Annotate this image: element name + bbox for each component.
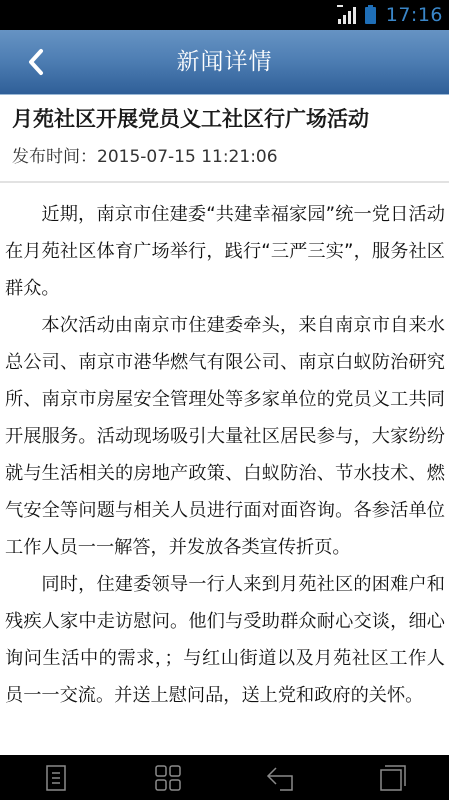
status-indicators: 17:16 (337, 3, 443, 27)
system-nav-bar (0, 755, 449, 800)
page-title: 新闻详情 (0, 30, 449, 94)
menu-icon (45, 764, 67, 792)
menu-button[interactable] (26, 755, 86, 800)
article-title: 月苑社区开展党员义工社区行广场活动 (12, 103, 442, 135)
article-paragraph: 本次活动由南京市住建委牵头，来自南京市自来水总公司、南京市港华燃气有限公司、南京… (5, 307, 445, 566)
screen: 17:16 新闻详情 月苑社区开展党员义工社区行广场活动 发布时间：2015-0… (0, 0, 449, 800)
battery-icon (365, 7, 376, 24)
recent-apps-icon (379, 764, 407, 792)
article-publish-date: 发布时间：2015-07-15 11:21:06 (12, 143, 278, 171)
grid-icon (154, 764, 182, 792)
home-button[interactable] (138, 755, 198, 800)
header-divider (0, 181, 449, 183)
recent-apps-button[interactable] (363, 755, 423, 800)
signal-icon (337, 5, 357, 25)
article-paragraph: 近期，南京市住建委“共建幸福家园”统一党日活动在月苑社区体育广场举行，践行“三严… (5, 196, 445, 307)
back-arrow-icon (266, 764, 296, 792)
title-bar: 新闻详情 (0, 30, 449, 95)
status-clock: 17:16 (386, 4, 443, 26)
article-body: 近期，南京市住建委“共建幸福家园”统一党日活动在月苑社区体育广场举行，践行“三严… (5, 196, 445, 714)
article-paragraph: 同时，住建委领导一行人来到月苑社区的困难户和残疾人家中走访慰问。他们与受助群众耐… (5, 566, 445, 714)
status-bar: 17:16 (0, 0, 449, 30)
back-button[interactable] (251, 755, 311, 800)
